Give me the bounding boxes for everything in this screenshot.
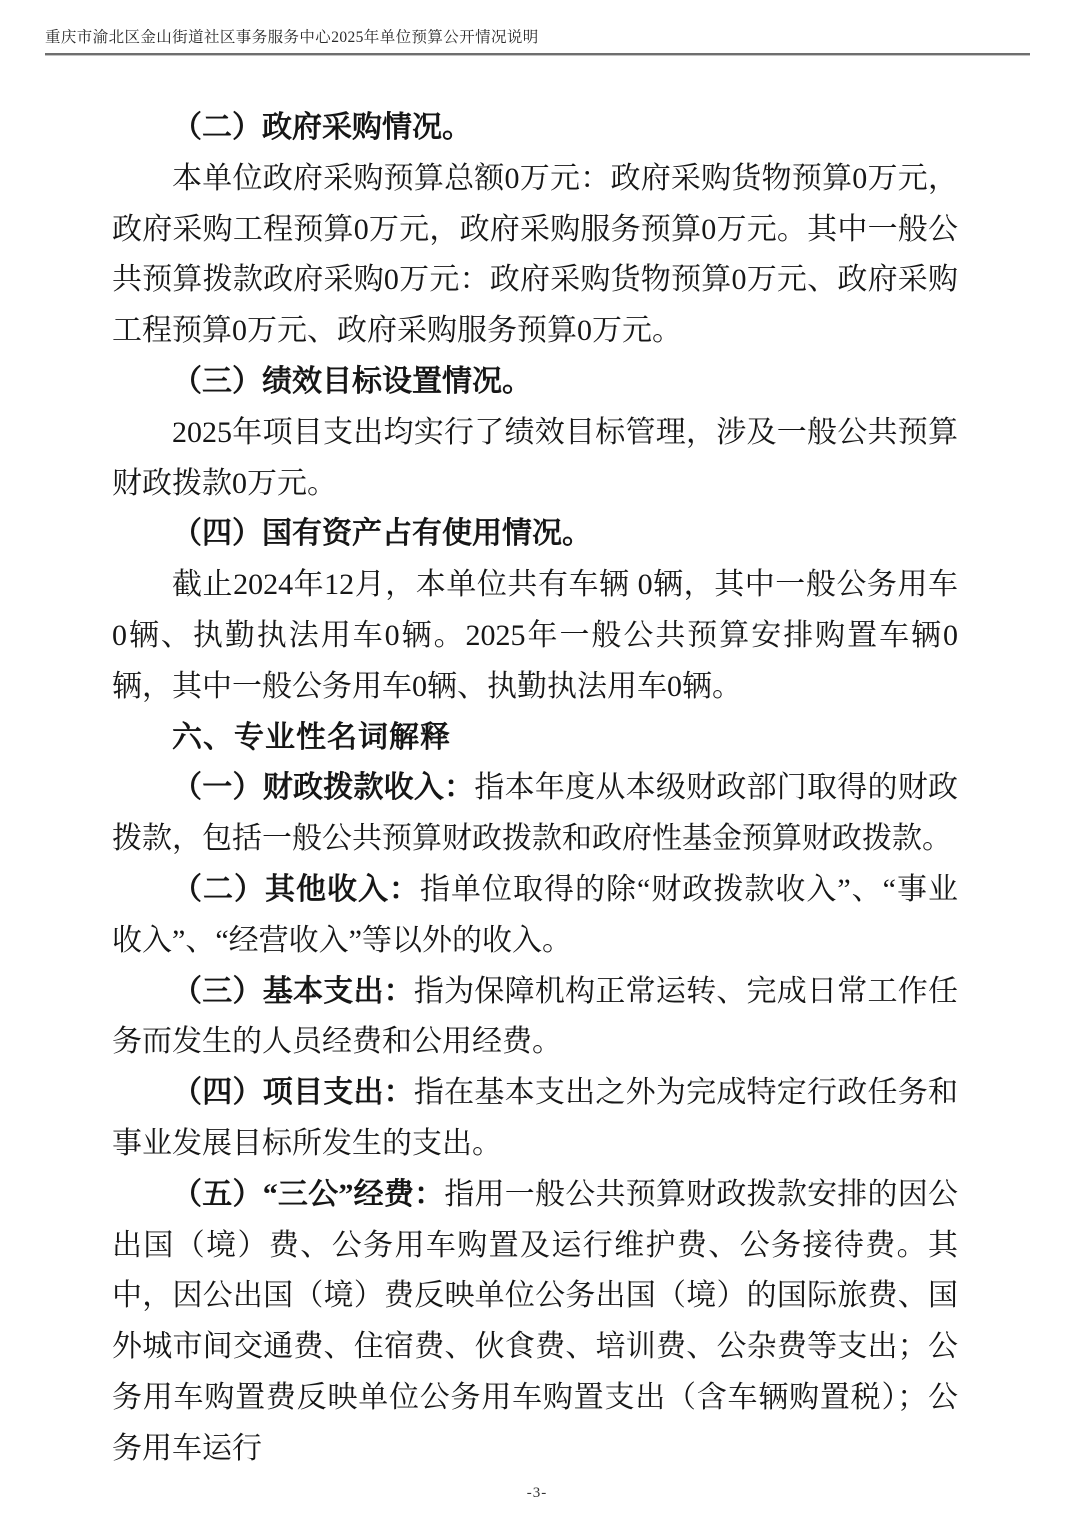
term-project-expenditure: （四）项目支出：指在基本支出之外为完成特定行政任务和事业发展目标所发生的支出。 [112,1068,958,1170]
subheading-state-assets: （四）国有资产占有使用情况。 [112,509,958,560]
document-body: （二）政府采购情况。 本单位政府采购预算总额0万元：政府采购货物预算0万元，政府… [112,103,958,1475]
paragraph-state-assets: 截止2024年12月，本单位共有车辆 0辆，其中一般公务用车0辆、执勤执法用车0… [112,560,958,712]
header-rule [45,53,1030,56]
term-lead: （四）项目支出： [172,1076,414,1109]
page-header: 重庆市渝北区金山街道社区事务服务中心2025年单位预算公开情况说明 [45,28,1030,56]
term-fiscal-appropriation-income: （一）财政拨款收入：指本年度从本级财政部门取得的财政拨款，包括一般公共预算财政拨… [112,763,958,865]
term-basic-expenditure: （三）基本支出：指为保障机构正常运转、完成日常工作任务而发生的人员经费和公用经费… [112,967,958,1069]
term-other-income: （二）其他收入：指单位取得的除“财政拨款收入”、“事业收入”、“经营收入”等以外… [112,865,958,967]
section-heading-terminology: 六、专业性名词解释 [112,713,958,764]
term-lead: （五）“三公”经费： [172,1178,444,1211]
page-number: -3- [527,1485,548,1501]
header-title: 重庆市渝北区金山街道社区事务服务中心2025年单位预算公开情况说明 [45,28,1030,48]
term-definition: 指用一般公共预算财政拨款安排的因公出国（境）费、公务用车购置及运行维护费、公务接… [112,1178,958,1465]
paragraph-performance-targets: 2025年项目支出均实行了绩效目标管理，涉及一般公共预算财政拨款0万元。 [112,408,958,510]
paragraph-gov-procurement: 本单位政府采购预算总额0万元：政府采购货物预算0万元，政府采购工程预算0万元，政… [112,154,958,357]
subheading-performance-targets: （三）绩效目标设置情况。 [112,357,958,408]
page-footer: -3- [0,1484,1074,1502]
term-three-public-funds: （五）“三公”经费：指用一般公共预算财政拨款安排的因公出国（境）费、公务用车购置… [112,1170,958,1475]
term-lead: （三）基本支出： [172,975,414,1008]
term-lead: （二）其他收入： [172,873,420,906]
document-page: 重庆市渝北区金山街道社区事务服务中心2025年单位预算公开情况说明 （二）政府采… [0,0,1074,1520]
term-lead: （一）财政拨款收入： [172,771,474,804]
subheading-gov-procurement: （二）政府采购情况。 [112,103,958,154]
